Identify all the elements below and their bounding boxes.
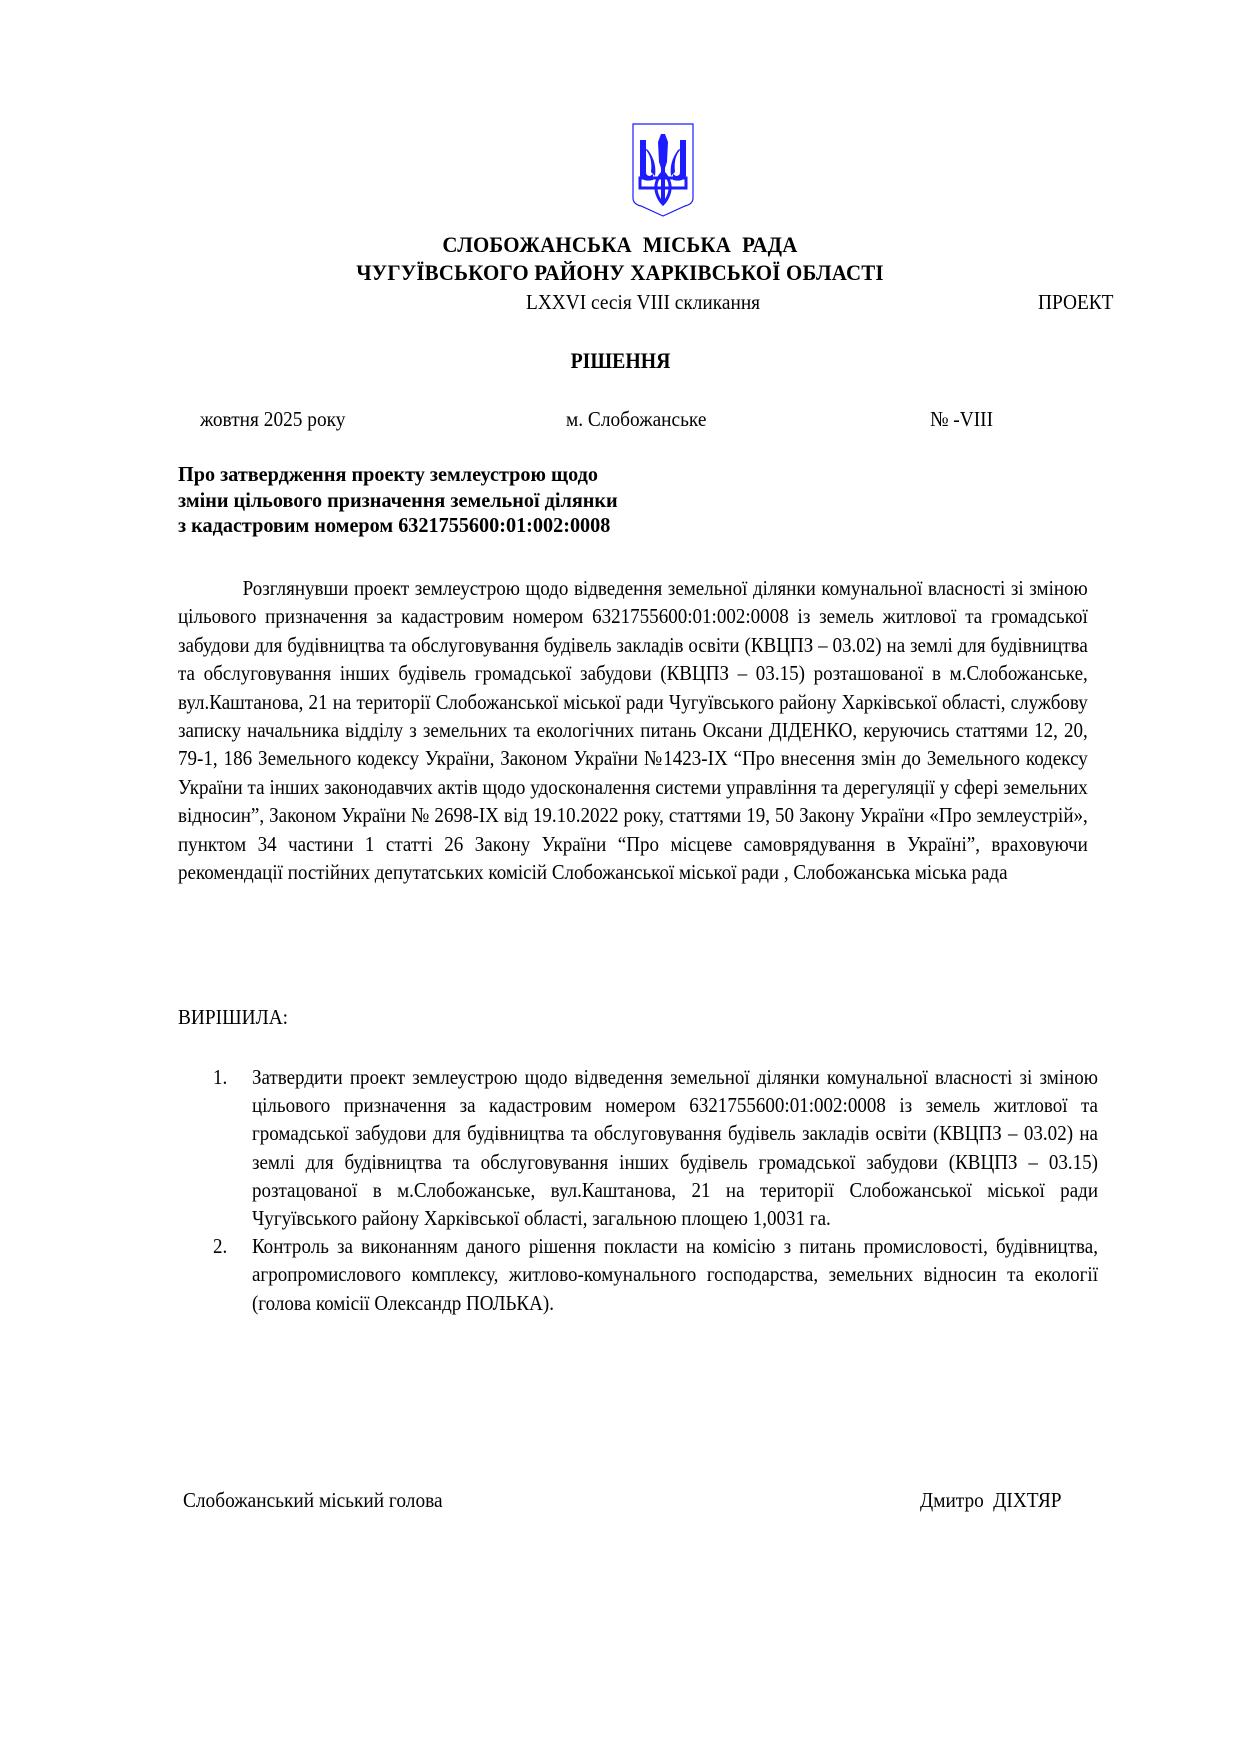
document-page: СЛОБОЖАНСЬКА МІСЬКА РАДА ЧУГУЇВСЬКОГО РА… <box>0 0 1240 1754</box>
decision-number: № -VIII <box>930 407 993 432</box>
decision-item: 1. Затвердити проект землеустрою щодо ві… <box>213 1063 1098 1232</box>
decision-item-number: 1. <box>213 1063 227 1091</box>
subject-line: зміни цільового призначення земельної ді… <box>178 488 618 514</box>
preamble-paragraph: Розглянувши проект землеустрою щодо відв… <box>178 574 1088 886</box>
decision-date: жовтня 2025 року <box>200 407 345 432</box>
draft-label: ПРОЕКТ <box>1038 290 1114 315</box>
subject-line: з кадастровим номером 6321755600:01:002:… <box>178 513 618 539</box>
decision-item-text: Контроль за виконанням даного рішення по… <box>252 1234 1098 1314</box>
district-name: ЧУГУЇВСЬКОГО РАЙОНУ ХАРКІВСЬКОЇ ОБЛАСТІ <box>43 260 1196 286</box>
session-info: LXXVI сесія VIII скликання <box>526 290 760 315</box>
coat-of-arms-trident-icon <box>631 122 695 218</box>
decisions-list: 1. Затвердити проект землеустрою щодо ві… <box>213 1063 1098 1317</box>
subject-line: Про затвердження проекту землеустрою щод… <box>178 462 618 488</box>
decision-subject: Про затвердження проекту землеустрою щод… <box>178 462 618 539</box>
decision-place: м. Слобожанське <box>566 407 706 432</box>
decision-item-number: 2. <box>213 1232 227 1260</box>
decided-label: ВИРІШИЛА: <box>178 1005 288 1030</box>
decision-item: 2. Контроль за виконанням даного рішення… <box>213 1232 1098 1317</box>
signatory-name: Дмитро ДІХТЯР <box>920 1488 1062 1513</box>
council-name: СЛОБОЖАНСЬКА МІСЬКА РАДА <box>43 232 1196 258</box>
decision-item-text: Затвердити проект землеустрою щодо відве… <box>252 1065 1098 1230</box>
signatory-position: Слобожанський міський голова <box>183 1488 443 1513</box>
document-title: РІШЕННЯ <box>63 348 1179 374</box>
